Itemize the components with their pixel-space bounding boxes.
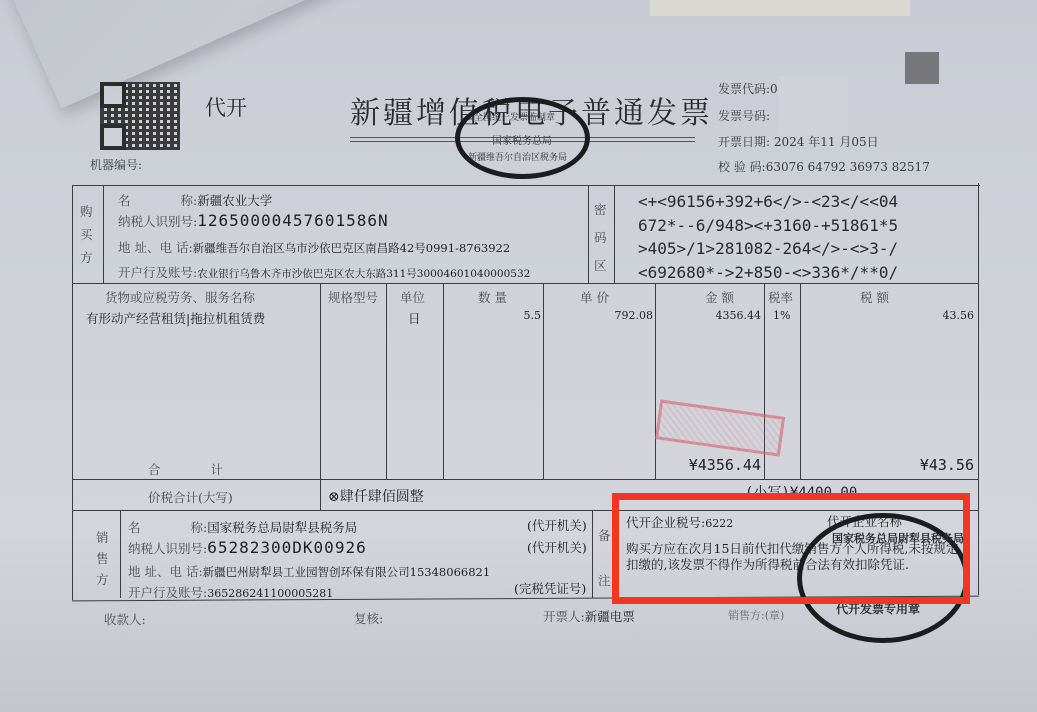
remarks-divider	[592, 510, 593, 598]
reviewer-label: 复核:	[354, 609, 383, 627]
seller-tax-id-row: 纳税人识别号:65282300DK00926	[128, 538, 367, 557]
item-tax-rate: 1%	[773, 309, 790, 322]
buyer-address-row: 地 址、电 话:新疆维吾尔自治区乌市沙依巴克区南昌路42号0991-876392…	[118, 237, 510, 256]
col-header-unit-price: 单 价	[580, 288, 609, 306]
invoice-number-label: 发票号码:	[718, 109, 770, 123]
machine-number-label: 机器编号:	[90, 156, 142, 173]
seller-bank-row: 开户行及账号:365286241100005281	[128, 582, 333, 601]
seller-label-divider	[120, 510, 121, 598]
seller-address-label: 地 址、电 话:	[128, 564, 203, 579]
item-quantity: 5.5	[445, 309, 541, 322]
item-name: 有形动产经营租赁|拖拉机租赁费	[86, 309, 265, 327]
item-tax: 43.56	[802, 309, 974, 322]
seller-bank-label: 开户行及账号:	[128, 585, 207, 600]
item-unit-price: 792.08	[545, 309, 653, 322]
seller-name-row: 名 称:国家税务总局尉犁县税务局	[128, 517, 357, 536]
background-strip	[650, 0, 910, 16]
buyer-name-row: 名 称:新疆农业大学	[118, 190, 272, 209]
cipher-line: <+<96156+392+6</>-<23</<<04	[638, 190, 898, 214]
buyer-label-divider	[103, 185, 104, 283]
total-tax: ¥43.56	[802, 456, 974, 474]
seller-name-value: 国家税务总局尉犁县税务局	[207, 520, 357, 535]
col-header-unit: 单位	[400, 288, 425, 306]
buyer-tax-id-value: 12650000457601586N	[197, 211, 388, 230]
check-code-value: 63076 64792 36973 82517	[766, 160, 930, 174]
cipher-line: <692680*->2+850-<>336*/**0/	[638, 261, 898, 285]
seller-bank-note: (完税凭证号)	[514, 579, 586, 597]
seller-address-value: 新疆巴州尉犁县工业园智创环保有限公司15348066821	[203, 565, 490, 579]
total-row-divider	[72, 479, 979, 480]
seller-name-label: 名 称:	[128, 520, 207, 535]
buyer-tax-id-label: 纳税人识别号:	[118, 214, 197, 229]
buyer-tax-id-row: 纳税人识别号:12650000457601586N	[118, 211, 389, 230]
cipher-divider	[588, 185, 589, 283]
table-border-top	[72, 185, 980, 186]
col-header-amount: 金 额	[705, 288, 734, 306]
col-header-tax: 税 额	[860, 288, 889, 306]
redaction-block	[778, 76, 848, 136]
buyer-name-value: 新疆农业大学	[197, 193, 272, 208]
issuer-value: 新疆电票	[585, 609, 635, 624]
remarks-label-top: 备	[598, 526, 611, 544]
grand-total-words-label: 价税合计(大写)	[148, 488, 233, 506]
col-header-quantity: 数 量	[478, 288, 507, 306]
cipher-line: >405>/1>281082-264</>-<>3-/	[638, 237, 898, 261]
col-divider	[443, 283, 444, 479]
invoice-code-label: 发票代码:	[718, 82, 770, 96]
total-amount: ¥4356.44	[657, 456, 761, 474]
invoice-code-value: 0	[770, 82, 778, 96]
col-divider	[320, 283, 321, 479]
col-divider	[655, 283, 656, 479]
col-header-spec: 规格型号	[328, 288, 378, 306]
total-label: 合 计	[148, 460, 223, 478]
seller-bank-value: 365286241100005281	[207, 587, 333, 600]
col-header-tax-rate: 税率	[768, 288, 793, 306]
issue-date-row: 开票日期: 2024 年11 月05日	[718, 133, 879, 150]
col-header-name: 货物或应税劳务、服务名称	[105, 288, 255, 306]
col-divider	[543, 283, 544, 479]
cipher-section-label: 密码区	[594, 196, 610, 280]
buyer-bank-row: 开户行及账号:农业银行乌鲁木齐市沙依巴克区农大东路311号30004601040…	[118, 262, 530, 281]
qr-code	[100, 82, 180, 150]
red-stamp	[655, 399, 785, 456]
seller-tax-id-label: 纳税人识别号:	[128, 541, 207, 556]
seller-tax-id-value: 65282300DK00926	[207, 538, 367, 557]
invoice-code-row: 发票代码:0	[718, 80, 778, 97]
redaction-block	[905, 52, 939, 84]
highlight-box	[612, 493, 970, 604]
buyer-bank-value: 农业银行乌鲁木齐市沙依巴克区农大东路311号30004601040000532	[197, 268, 530, 280]
issuer-label: 开票人:	[543, 609, 585, 624]
issuer-row: 开票人:新疆电票	[543, 607, 635, 625]
table-border-left	[72, 185, 73, 600]
table-border-right	[978, 183, 979, 595]
item-amount: 4356.44	[657, 309, 761, 322]
seller-name-note: (代开机关)	[527, 516, 587, 534]
remarks-label-bottom: 注	[598, 571, 611, 589]
check-code-row: 校 验 码:63076 64792 36973 82517	[718, 158, 930, 175]
cipher-line: 672*--6/948><+3160-+51861*5	[638, 214, 898, 238]
buyer-address-label: 地 址、电 话:	[118, 240, 193, 255]
item-unit: 日	[408, 309, 421, 327]
issue-date-value: 2024 年11 月05日	[774, 135, 879, 149]
check-code-label: 校 验 码:	[718, 160, 766, 174]
invoice-number-row: 发票号码:	[718, 107, 770, 124]
col-divider	[800, 283, 801, 479]
seller-address-row: 地 址、电 话:新疆巴州尉犁县工业园智创环保有限公司15348066821	[128, 561, 490, 580]
cipher-label-divider	[614, 185, 615, 283]
grand-total-words-row: ⊗肆仟肆佰圆整	[328, 486, 424, 506]
issue-date-label: 开票日期:	[718, 135, 770, 149]
cipher-area: <+<96156+392+6</>-<23</<<04 672*--6/948>…	[638, 190, 898, 284]
seller-tax-id-note: (代开机关)	[527, 538, 587, 556]
col-divider	[320, 479, 321, 510]
payee-label: 收款人:	[104, 610, 146, 628]
circle-x-icon: ⊗	[328, 489, 340, 505]
invoice-photo: 代开 机器编号: 新疆增值税电子普通发票 全国统一发票监制章 国家税务总局 新疆…	[0, 0, 1037, 712]
grand-total-words: 肆仟肆佰圆整	[340, 489, 424, 505]
col-divider	[386, 283, 387, 479]
buyer-bank-label: 开户行及账号:	[118, 265, 197, 280]
buyer-section-label: 购买方	[80, 200, 96, 269]
seller-seal-label: 销售方:(章)	[728, 607, 784, 623]
seller-section-label: 销售方	[96, 527, 112, 590]
tax-bureau-seal: 全国统一发票监制章 国家税务总局 新疆维吾尔自治区税务局	[455, 97, 590, 179]
issued-by-agent-label: 代开	[205, 92, 247, 122]
buyer-name-label: 名 称:	[118, 193, 197, 208]
buyer-address-value: 新疆维吾尔自治区乌市沙依巴克区南昌路42号0991-8763922	[193, 241, 511, 255]
